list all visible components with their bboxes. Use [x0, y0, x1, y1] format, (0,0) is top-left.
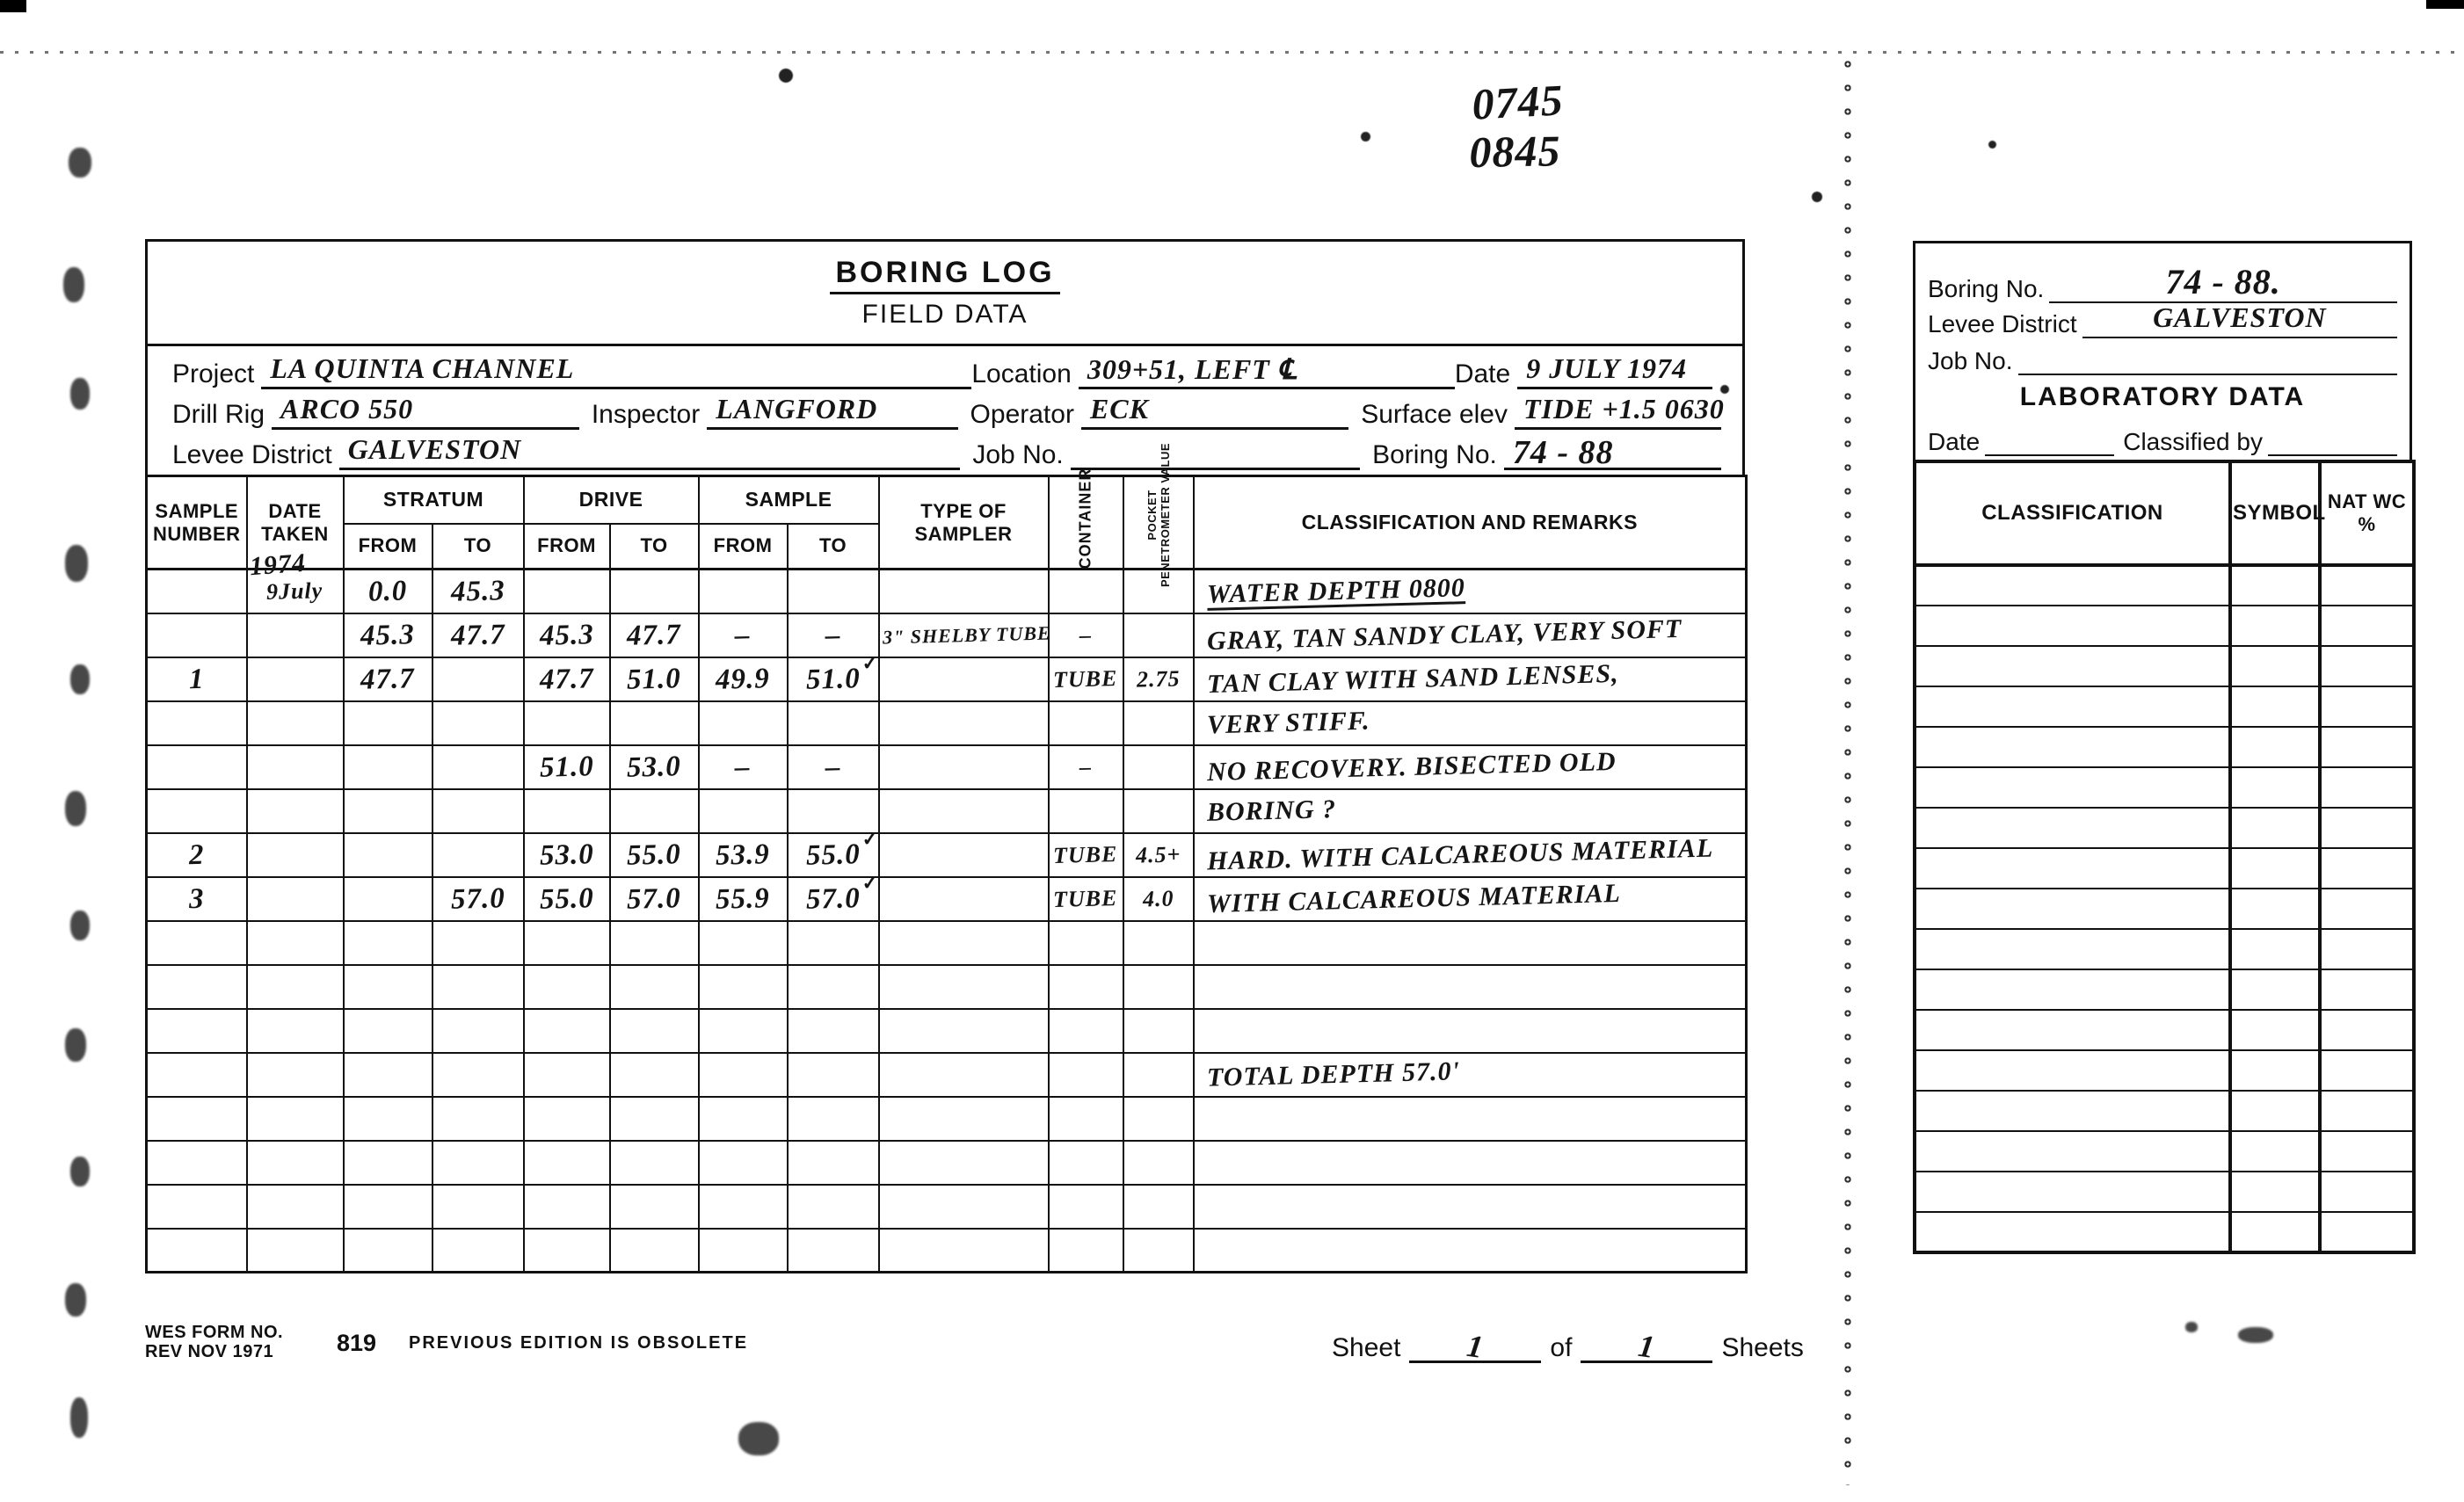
cell-d_from: [524, 1185, 610, 1229]
lab-table-row: [1915, 1050, 2414, 1091]
cell-s_from: [344, 1229, 432, 1273]
lab-table-row: [1915, 969, 2414, 1010]
lab-empty-cell: [1915, 929, 2230, 969]
lab-empty-cell: [2320, 1212, 2414, 1252]
cell-s_from: [344, 877, 432, 921]
pocket-penetrometer-vertical-text: POCKET PENETROMETER VALUE: [1145, 440, 1172, 590]
table-row: BORING ?: [147, 789, 1747, 833]
cell-pp: [1123, 613, 1194, 657]
cell-container: [1049, 570, 1123, 613]
date-value: 9 JULY 1974: [1517, 352, 1712, 389]
cell-smp_from: [699, 1141, 788, 1185]
cell-pp: [1123, 1097, 1194, 1141]
lab-empty-cell: [1915, 565, 2230, 606]
lab-empty-cell: [2230, 767, 2320, 808]
table-row: 357.055.057.055.957.0✓TUBE4.0WITH CALCAR…: [147, 877, 1747, 921]
cell-smp_from: [699, 1185, 788, 1229]
cell-num: [147, 613, 247, 657]
cell-sampler: 3" SHELBY TUBE: [879, 613, 1049, 657]
lab-table-body: [1915, 565, 2414, 1252]
cell-date: [247, 965, 344, 1009]
table-row: [147, 1009, 1747, 1053]
scan-margin-mark: [65, 545, 88, 582]
cell-num: 3: [147, 877, 247, 921]
boring-log-form-header: BORING LOG FIELD DATA Project LA QUINTA …: [145, 239, 1745, 475]
check-mark: ✓: [861, 651, 879, 675]
cell-remarks: [1194, 965, 1747, 1009]
cell-d_to: [610, 921, 699, 965]
job-no-value: [1071, 433, 1360, 470]
cell-sampler: [879, 745, 1049, 789]
cell-s_to: [432, 1185, 524, 1229]
cell-smp_from: [699, 921, 788, 965]
cell-smp_to: [788, 1229, 879, 1273]
form-title-block: BORING LOG FIELD DATA: [148, 256, 1742, 330]
cell-d_to: 53.0: [610, 745, 699, 789]
cell-d_from: 55.0: [524, 877, 610, 921]
cell-num: [147, 1053, 247, 1097]
lab-empty-cell: [2320, 606, 2414, 646]
scan-margin-mark: [70, 664, 90, 694]
col-header-sample-to: TO: [788, 524, 879, 570]
col-header-date-taken: DATE TAKEN 1974: [247, 476, 344, 570]
lab-table-row: [1915, 889, 2414, 929]
cell-s_from: [344, 1185, 432, 1229]
cell-container: [1049, 921, 1123, 965]
table-row: 51.053.0–––NO RECOVERY. BISECTED OLD: [147, 745, 1747, 789]
lab-empty-cell: [2230, 1212, 2320, 1252]
cell-d_from: [524, 570, 610, 613]
col-header-pocket-penetrometer: POCKET PENETROMETER VALUE: [1123, 476, 1194, 570]
cell-smp_to: [788, 1053, 879, 1097]
cell-d_from: [524, 1053, 610, 1097]
cell-s_from: [344, 833, 432, 877]
project-label: Project: [172, 359, 261, 389]
cell-smp_to: 51.0✓: [788, 657, 879, 701]
cell-s_to: [432, 789, 524, 833]
cell-s_to: [432, 745, 524, 789]
cell-sampler: [879, 1053, 1049, 1097]
check-mark: ✓: [861, 827, 879, 851]
lab-levee-district-label: Levee District: [1928, 310, 2082, 338]
cell-date: [247, 613, 344, 657]
cell-s_to: 45.3: [432, 570, 524, 613]
drill-rig-label: Drill Rig: [172, 400, 272, 430]
cell-smp_to: [788, 1097, 879, 1141]
col-header-drive-from: FROM: [524, 524, 610, 570]
cell-smp_from: 53.9: [699, 833, 788, 877]
lab-empty-cell: [2320, 565, 2414, 606]
cell-d_to: [610, 1053, 699, 1097]
cell-smp_from: [699, 1229, 788, 1273]
lab-empty-cell: [1915, 727, 2230, 767]
lab-empty-cell: [2230, 969, 2320, 1010]
lab-job-no-value: [2018, 342, 2398, 375]
project-value: LA QUINTA CHANNEL: [261, 352, 971, 389]
table-row: [147, 1229, 1747, 1273]
cell-s_from: [344, 789, 432, 833]
cell-sampler: [879, 921, 1049, 965]
location-value: 309+51, LEFT ℄: [1079, 352, 1455, 389]
scan-speck: [1812, 192, 1822, 202]
handwritten-times: 0745 0845: [1471, 75, 1567, 178]
cell-sampler: [879, 1185, 1049, 1229]
cell-d_from: [524, 1229, 610, 1273]
table-row: 147.747.751.049.951.0✓TUBE2.75TAN CLAY W…: [147, 657, 1747, 701]
cell-pp: [1123, 1185, 1194, 1229]
lab-empty-cell: [2230, 565, 2320, 606]
date-taken-text: DATE TAKEN: [261, 500, 329, 545]
cell-smp_from: [699, 1053, 788, 1097]
lab-empty-cell: [2230, 1131, 2320, 1172]
cell-date: [247, 1009, 344, 1053]
scan-speck: [1988, 141, 1996, 149]
cell-container: [1049, 701, 1123, 745]
container-vertical-text: CONTAINER: [1077, 468, 1095, 570]
cell-s_from: 47.7: [344, 657, 432, 701]
cell-smp_to: [788, 921, 879, 965]
lab-empty-cell: [1915, 808, 2230, 848]
cell-s_from: [344, 745, 432, 789]
lab-table-row: [1915, 848, 2414, 889]
cell-num: [147, 1009, 247, 1053]
lab-table-row: [1915, 1010, 2414, 1050]
lab-empty-cell: [1915, 767, 2230, 808]
wes-form-number: WES FORM NO. REV NOV 1971: [145, 1323, 283, 1361]
cell-s_from: 0.0: [344, 570, 432, 613]
sheet-label: Sheet: [1323, 1333, 1409, 1363]
lab-empty-cell: [2230, 1091, 2320, 1131]
col-header-classification-remarks: CLASSIFICATION AND REMARKS: [1194, 476, 1747, 570]
lab-table-row: [1915, 767, 2414, 808]
cell-remarks: WATER DEPTH 0800: [1194, 570, 1747, 613]
cell-num: [147, 1141, 247, 1185]
scan-top-dotted-line: [0, 51, 2464, 54]
cell-d_from: [524, 965, 610, 1009]
lab-boring-no-label: Boring No.: [1928, 275, 2049, 303]
scan-corner-mark: [0, 0, 26, 12]
cell-date: [247, 1097, 344, 1141]
cell-sampler: [879, 877, 1049, 921]
table-row: [147, 1185, 1747, 1229]
wes-line-1: WES FORM NO.: [145, 1323, 283, 1342]
cell-pp: 2.75: [1123, 657, 1194, 701]
lab-empty-cell: [2320, 1010, 2414, 1050]
cell-sampler: [879, 965, 1049, 1009]
cell-d_to: 51.0: [610, 657, 699, 701]
table-row: 253.055.053.955.0✓TUBE4.5+HARD. WITH CAL…: [147, 833, 1747, 877]
cell-sampler: [879, 657, 1049, 701]
cell-smp_to: –: [788, 613, 879, 657]
cell-pp: [1123, 921, 1194, 965]
cell-num: [147, 570, 247, 613]
title-divider-line: [148, 344, 1742, 346]
of-label: of: [1541, 1333, 1581, 1363]
lab-empty-cell: [2230, 889, 2320, 929]
lab-empty-cell: [2320, 1091, 2414, 1131]
lab-empty-cell: [2230, 686, 2320, 727]
lab-empty-cell: [1915, 686, 2230, 727]
cell-pp: [1123, 789, 1194, 833]
cell-container: [1049, 1141, 1123, 1185]
cell-s_to: 47.7: [432, 613, 524, 657]
cell-d_from: [524, 701, 610, 745]
cell-s_to: [432, 833, 524, 877]
lab-col-symbol: SYMBOL: [2230, 461, 2320, 565]
lab-table-row: [1915, 727, 2414, 767]
lab-empty-cell: [1915, 1131, 2230, 1172]
cell-smp_to: [788, 1009, 879, 1053]
scan-speck: [779, 69, 793, 83]
lab-empty-cell: [2230, 929, 2320, 969]
cell-sampler: [879, 1097, 1049, 1141]
sheet-count-line: Sheet 1 of 1 Sheets: [1323, 1328, 1813, 1363]
cell-smp_from: [699, 1009, 788, 1053]
lab-empty-cell: [2320, 727, 2414, 767]
lab-empty-cell: [2320, 808, 2414, 848]
cell-s_to: [432, 701, 524, 745]
col-group-drive: DRIVE: [524, 476, 699, 524]
date-label: Date: [1455, 359, 1517, 389]
lab-boring-no-value: 74 - 88.: [2049, 261, 2397, 303]
obsolete-note: PREVIOUS EDITION IS OBSOLETE: [409, 1333, 748, 1353]
table-row: 9July0.045.3WATER DEPTH 0800: [147, 570, 1747, 613]
cell-remarks: [1194, 921, 1747, 965]
cell-d_to: [610, 1185, 699, 1229]
lab-empty-cell: [2320, 1050, 2414, 1091]
cell-container: –: [1049, 745, 1123, 789]
cell-d_from: 45.3: [524, 613, 610, 657]
lab-table-row: [1915, 808, 2414, 848]
form-title: BORING LOG: [830, 256, 1059, 294]
cell-remarks: [1194, 1097, 1747, 1141]
lab-empty-cell: [2230, 1010, 2320, 1050]
wes-line-2: REV NOV 1971: [145, 1342, 283, 1361]
cell-remarks: NO RECOVERY. BISECTED OLD: [1194, 745, 1747, 789]
cell-remarks: [1194, 1229, 1747, 1273]
scan-speck: [1361, 132, 1370, 141]
cell-pp: 4.5+: [1123, 833, 1194, 877]
cell-smp_from: [699, 965, 788, 1009]
cell-container: [1049, 1097, 1123, 1141]
cell-date: [247, 921, 344, 965]
cell-sampler: [879, 1141, 1049, 1185]
cell-num: [147, 701, 247, 745]
cell-num: [147, 1185, 247, 1229]
lab-table-row: [1915, 606, 2414, 646]
field-data-table: SAMPLE NUMBER DATE TAKEN 1974 STRATUM DR…: [145, 475, 1748, 1273]
table-row: VERY STIFF.: [147, 701, 1747, 745]
lab-empty-cell: [2320, 969, 2414, 1010]
levee-district-label: Levee District: [172, 440, 339, 470]
lab-col-nat-wc: NAT WC %: [2320, 461, 2414, 565]
lab-empty-cell: [2320, 646, 2414, 686]
scan-margin-mark: [65, 1028, 86, 1062]
cell-s_to: [432, 1097, 524, 1141]
cell-d_from: 47.7: [524, 657, 610, 701]
cell-s_to: [432, 1009, 524, 1053]
scan-ink-blob: [2238, 1327, 2273, 1343]
cell-smp_from: –: [699, 745, 788, 789]
cell-sampler: [879, 1009, 1049, 1053]
lab-empty-cell: [1915, 969, 2230, 1010]
col-header-stratum-from: FROM: [344, 524, 432, 570]
col-group-sample: SAMPLE: [699, 476, 879, 524]
cell-s_from: [344, 1097, 432, 1141]
scanned-boring-log-page: 0745 0845 BORING LOG FIELD DATA Project …: [0, 0, 2464, 1502]
lab-classified-by-value: [2268, 423, 2397, 456]
table-row: [147, 1141, 1747, 1185]
cell-pp: 4.0: [1123, 877, 1194, 921]
cell-d_from: [524, 789, 610, 833]
lab-empty-cell: [1915, 1010, 2230, 1050]
cell-num: [147, 1229, 247, 1273]
cell-remarks: TOTAL DEPTH 57.0': [1194, 1053, 1747, 1097]
cell-container: [1049, 1185, 1123, 1229]
cell-smp_from: 49.9: [699, 657, 788, 701]
cell-smp_from: 55.9: [699, 877, 788, 921]
check-mark: ✓: [861, 871, 879, 895]
laboratory-data-panel: Boring No. 74 - 88. Levee District GALVE…: [1913, 241, 2412, 460]
table-row: [147, 921, 1747, 965]
lab-empty-cell: [1915, 1091, 2230, 1131]
operator-value: ECK: [1081, 393, 1348, 430]
lab-empty-cell: [2320, 848, 2414, 889]
scan-margin-mark: [70, 378, 90, 410]
lab-table-row: [1915, 1131, 2414, 1172]
cell-smp_to: [788, 965, 879, 1009]
cell-d_from: [524, 1097, 610, 1141]
cell-container: [1049, 789, 1123, 833]
cell-remarks: GRAY, TAN SANDY CLAY, VERY SOFT: [1194, 613, 1747, 657]
cell-s_to: [432, 965, 524, 1009]
lab-empty-cell: [2230, 727, 2320, 767]
cell-s_from: [344, 701, 432, 745]
cell-date: [247, 833, 344, 877]
location-label: Location: [971, 359, 1078, 389]
cell-s_from: [344, 1009, 432, 1053]
lab-empty-cell: [1915, 889, 2230, 929]
cell-container: –: [1049, 613, 1123, 657]
cell-smp_to: –: [788, 745, 879, 789]
cell-d_to: [610, 701, 699, 745]
cell-date: [247, 1229, 344, 1273]
cell-num: [147, 921, 247, 965]
surface-elev-label: Surface elev: [1348, 400, 1515, 430]
cell-remarks: VERY STIFF.: [1194, 701, 1747, 745]
col-header-container: CONTAINER: [1049, 476, 1123, 570]
cell-date: [247, 1141, 344, 1185]
cell-pp: [1123, 570, 1194, 613]
cell-date: [247, 1053, 344, 1097]
cell-pp: [1123, 1229, 1194, 1273]
cell-pp: [1123, 1141, 1194, 1185]
cell-d_to: 47.7: [610, 613, 699, 657]
lab-empty-cell: [2230, 848, 2320, 889]
lab-empty-cell: [2230, 1050, 2320, 1091]
cell-smp_from: [699, 701, 788, 745]
cell-num: 1: [147, 657, 247, 701]
cell-pp: [1123, 745, 1194, 789]
handwritten-time-1: 0745: [1471, 75, 1565, 128]
scan-corner-mark: [2426, 0, 2464, 9]
surface-elev-value: TIDE +1.5 0630: [1515, 393, 1721, 430]
cell-smp_to: [788, 1185, 879, 1229]
cell-d_to: [610, 789, 699, 833]
operator-label: Operator: [958, 400, 1081, 430]
cell-d_to: 55.0: [610, 833, 699, 877]
cell-smp_to: [788, 789, 879, 833]
lab-table-row: [1915, 1091, 2414, 1131]
cell-pp: [1123, 701, 1194, 745]
cell-d_from: 53.0: [524, 833, 610, 877]
cell-s_to: [432, 1053, 524, 1097]
sheets-total-value: 1: [1581, 1328, 1712, 1363]
lab-empty-cell: [2320, 1131, 2414, 1172]
cell-num: [147, 745, 247, 789]
cell-s_to: [432, 1141, 524, 1185]
lab-date-value: [1985, 423, 2114, 456]
cell-smp_to: [788, 1141, 879, 1185]
cell-pp: [1123, 1053, 1194, 1097]
cell-d_from: 51.0: [524, 745, 610, 789]
col-header-drive-to: TO: [610, 524, 699, 570]
laboratory-table: CLASSIFICATION SYMBOL NAT WC %: [1913, 460, 2416, 1254]
lab-table-row: [1915, 1212, 2414, 1252]
handwritten-time-2: 0845: [1469, 126, 1566, 177]
handwritten-sheet-number: 1: [1465, 1327, 1486, 1366]
cell-sampler: [879, 1229, 1049, 1273]
lab-col-classification: CLASSIFICATION: [1915, 461, 2230, 565]
cell-num: 2: [147, 833, 247, 877]
cell-date: 9July: [247, 570, 344, 613]
cell-num: [147, 789, 247, 833]
cell-d_from: [524, 1141, 610, 1185]
lab-empty-cell: [2230, 606, 2320, 646]
cell-d_to: [610, 1097, 699, 1141]
cell-smp_from: [699, 789, 788, 833]
lab-empty-cell: [2320, 686, 2414, 727]
cell-date: [247, 657, 344, 701]
scan-margin-mark: [70, 1157, 90, 1186]
scan-ink-blob: [2185, 1322, 2198, 1332]
scan-margin-mark: [70, 1397, 88, 1438]
cell-d_from: [524, 921, 610, 965]
lab-empty-cell: [2320, 1172, 2414, 1212]
cell-d_from: [524, 1009, 610, 1053]
lab-date-label: Date: [1928, 428, 1985, 456]
cell-d_to: [610, 1141, 699, 1185]
scan-ink-blob: [738, 1422, 779, 1455]
cell-smp_to: [788, 701, 879, 745]
boring-no-value: 74 - 88: [1504, 433, 1721, 470]
lab-levee-district-value: GALVESTON: [2082, 301, 2397, 338]
lab-empty-cell: [1915, 1212, 2230, 1252]
cell-remarks: BORING ?: [1194, 789, 1747, 833]
sheets-label: Sheets: [1712, 1333, 1812, 1363]
cell-remarks: [1194, 1141, 1747, 1185]
cell-s_from: 45.3: [344, 613, 432, 657]
cell-smp_to: 57.0✓: [788, 877, 879, 921]
inspector-label: Inspector: [579, 400, 707, 430]
cell-pp: [1123, 1009, 1194, 1053]
levee-district-value: GALVESTON: [339, 433, 961, 470]
lab-empty-cell: [2230, 646, 2320, 686]
col-header-sample-from: FROM: [699, 524, 788, 570]
cell-pp: [1123, 965, 1194, 1009]
cell-s_from: [344, 965, 432, 1009]
cell-num: [147, 1097, 247, 1141]
